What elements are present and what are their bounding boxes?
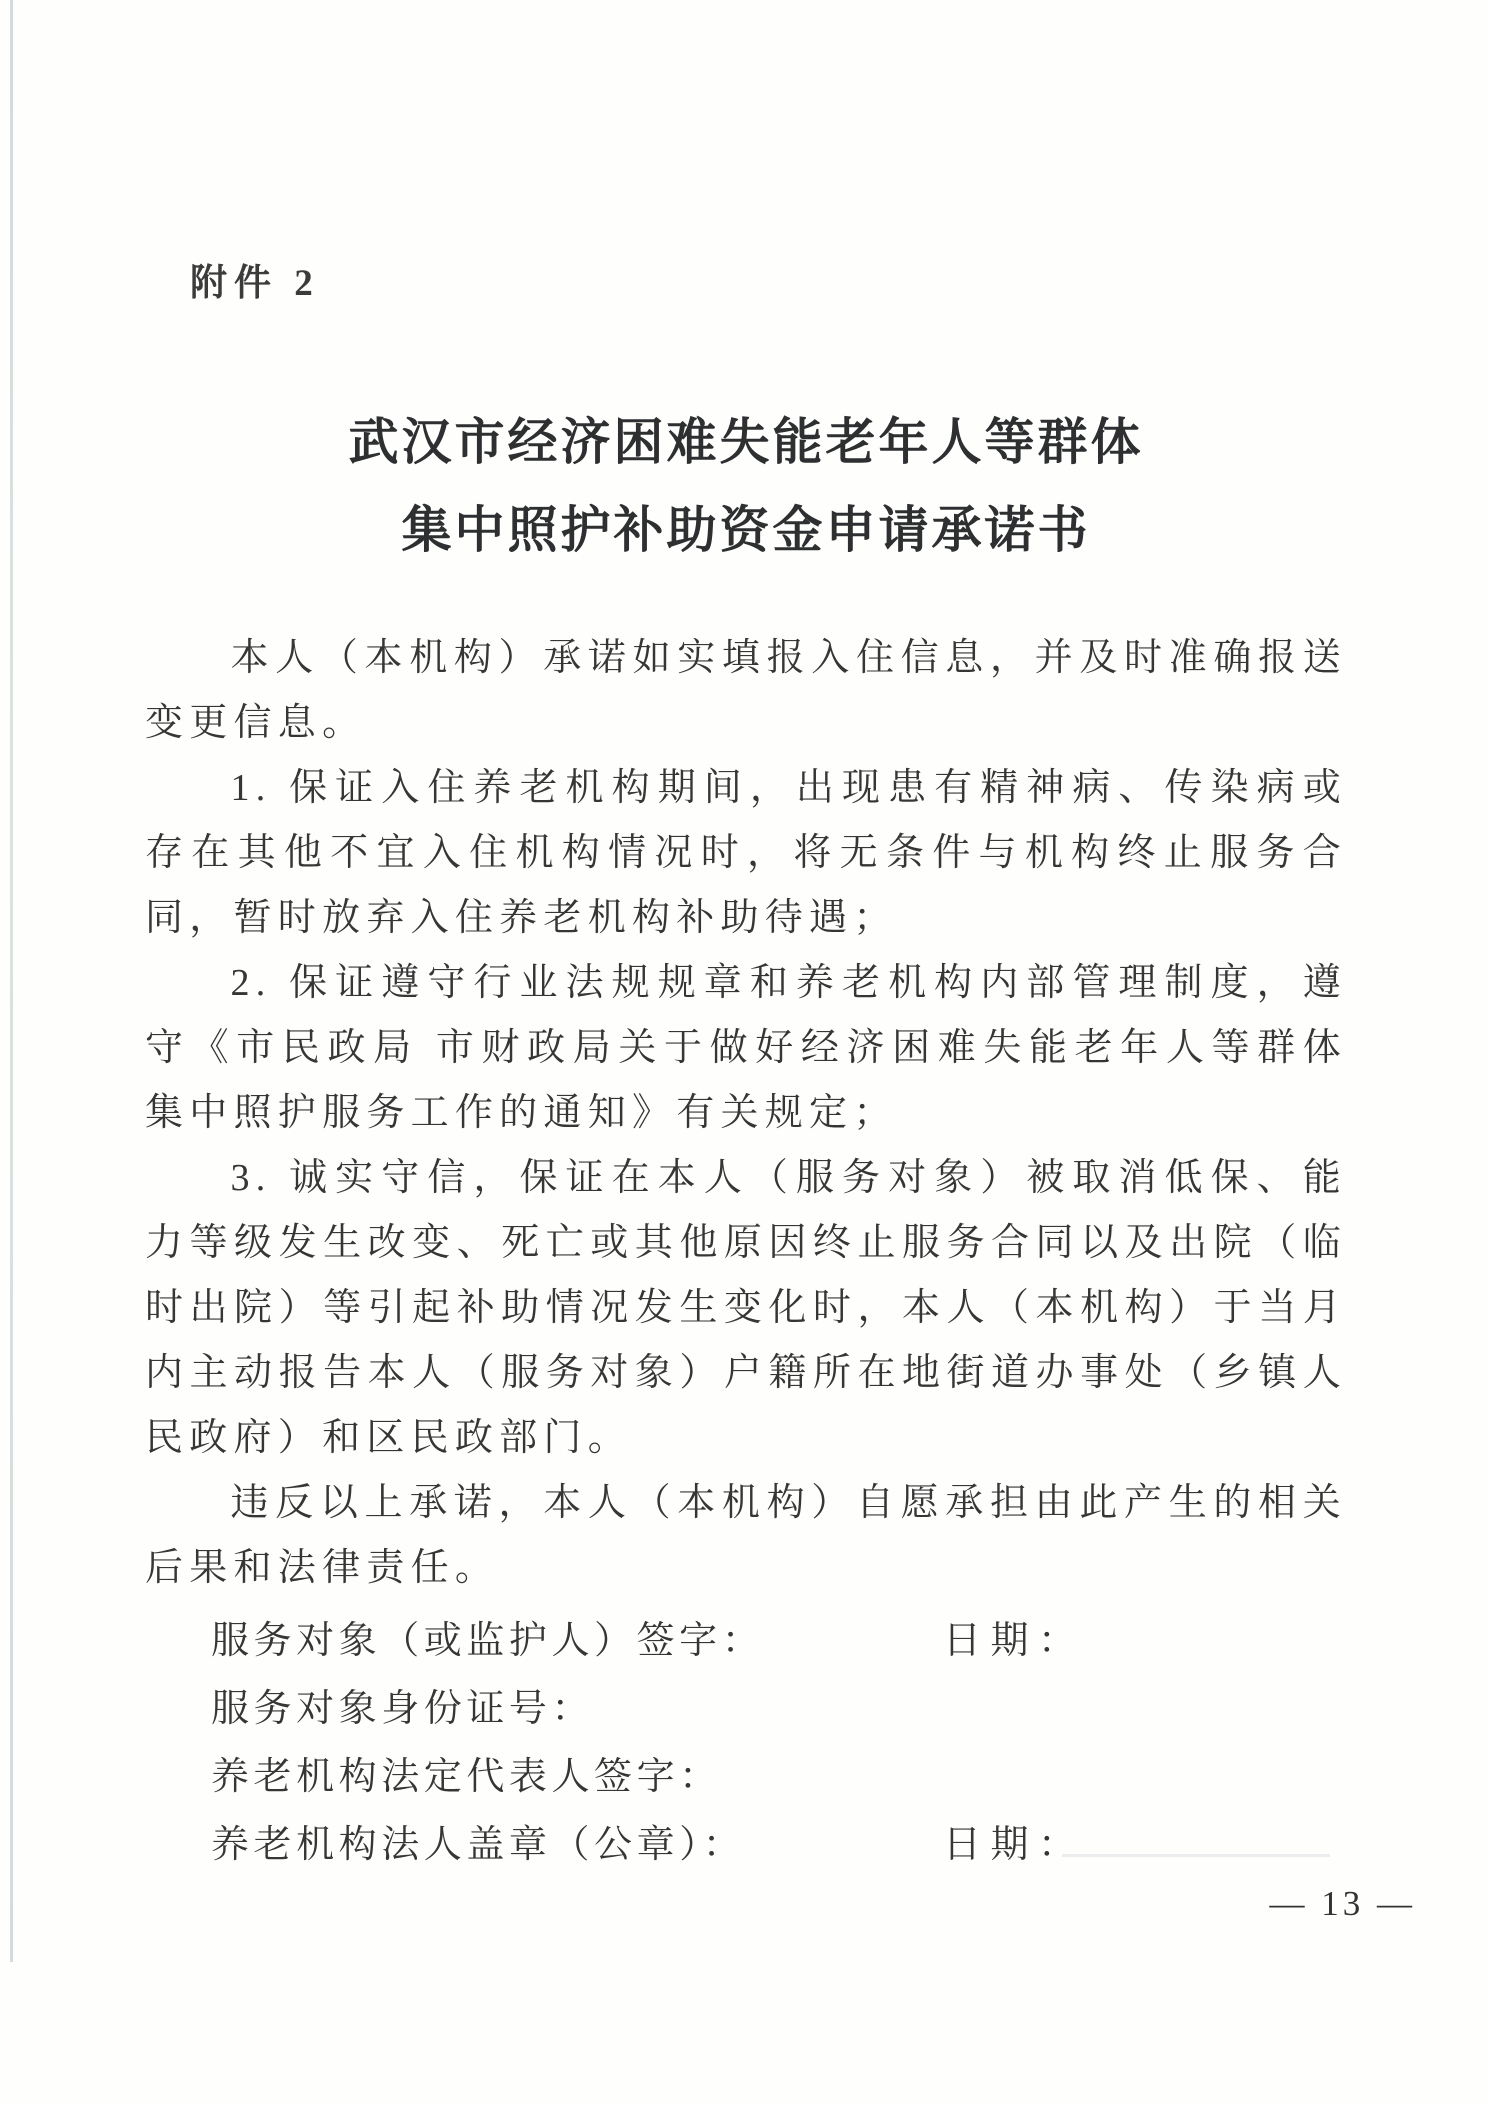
- document-title-line1: 武汉市经济困难失能老年人等群体: [144, 398, 1348, 486]
- signature-label-official-seal: 养老机构法人盖章（公章）：: [211, 1824, 745, 1866]
- page-number: — 13 —: [1270, 1884, 1417, 1924]
- paragraph-item-3: 3. 诚实守信，保证在本人（服务对象）被取消低保、能力等级发生改变、死亡或其他原…: [145, 1146, 1347, 1471]
- document-title-line2: 集中照护补助资金申请承诺书: [144, 486, 1348, 574]
- signature-section: 服务对象（或监护人）签字： 日期： 服务对象身份证号： 养老机构法定代表人签字：…: [145, 1607, 1347, 1879]
- date-label-service-target: 日期：: [943, 1607, 1086, 1675]
- signature-row-id-number: 服务对象身份证号：: [145, 1675, 1347, 1743]
- document-title: 武汉市经济困难失能老年人等群体 集中照护补助资金申请承诺书: [144, 398, 1348, 574]
- scan-edge-artifact: [10, 0, 13, 1962]
- signature-label-id-number: 服务对象身份证号：: [211, 1688, 594, 1730]
- document-body: 本人（本机构）承诺如实填报入住信息，并及时准确报送变更信息。 1. 保证入住养老…: [145, 626, 1347, 1879]
- attachment-label: 附件 2: [190, 252, 320, 306]
- paragraph-liability: 违反以上承诺，本人（本机构）自愿承担由此产生的相关后果和法律责任。: [145, 1471, 1347, 1601]
- signature-label-service-target-sign: 服务对象（或监护人）签字：: [211, 1620, 764, 1662]
- paragraph-item-2: 2. 保证遵守行业法规规章和养老机构内部管理制度，遵守《市民政局 市财政局关于做…: [145, 951, 1347, 1146]
- signature-row-service-target: 服务对象（或监护人）签字： 日期：: [145, 1607, 1347, 1675]
- scanned-document-page: 附件 2 武汉市经济困难失能老年人等群体 集中照护补助资金申请承诺书 本人（本机…: [0, 0, 1488, 2104]
- signature-row-legal-representative: 养老机构法定代表人签字：: [145, 1743, 1347, 1811]
- date-label-official-seal: 日期：: [943, 1811, 1086, 1879]
- signature-row-official-seal: 养老机构法人盖章（公章）： 日期：: [145, 1811, 1347, 1879]
- signature-label-legal-representative: 养老机构法定代表人签字：: [211, 1756, 722, 1798]
- paragraph-item-1: 1. 保证入住养老机构期间，出现患有精神病、传染病或存在其他不宜入住机构情况时，…: [145, 756, 1347, 951]
- paragraph-commitment-intro: 本人（本机构）承诺如实填报入住信息，并及时准确报送变更信息。: [145, 626, 1347, 756]
